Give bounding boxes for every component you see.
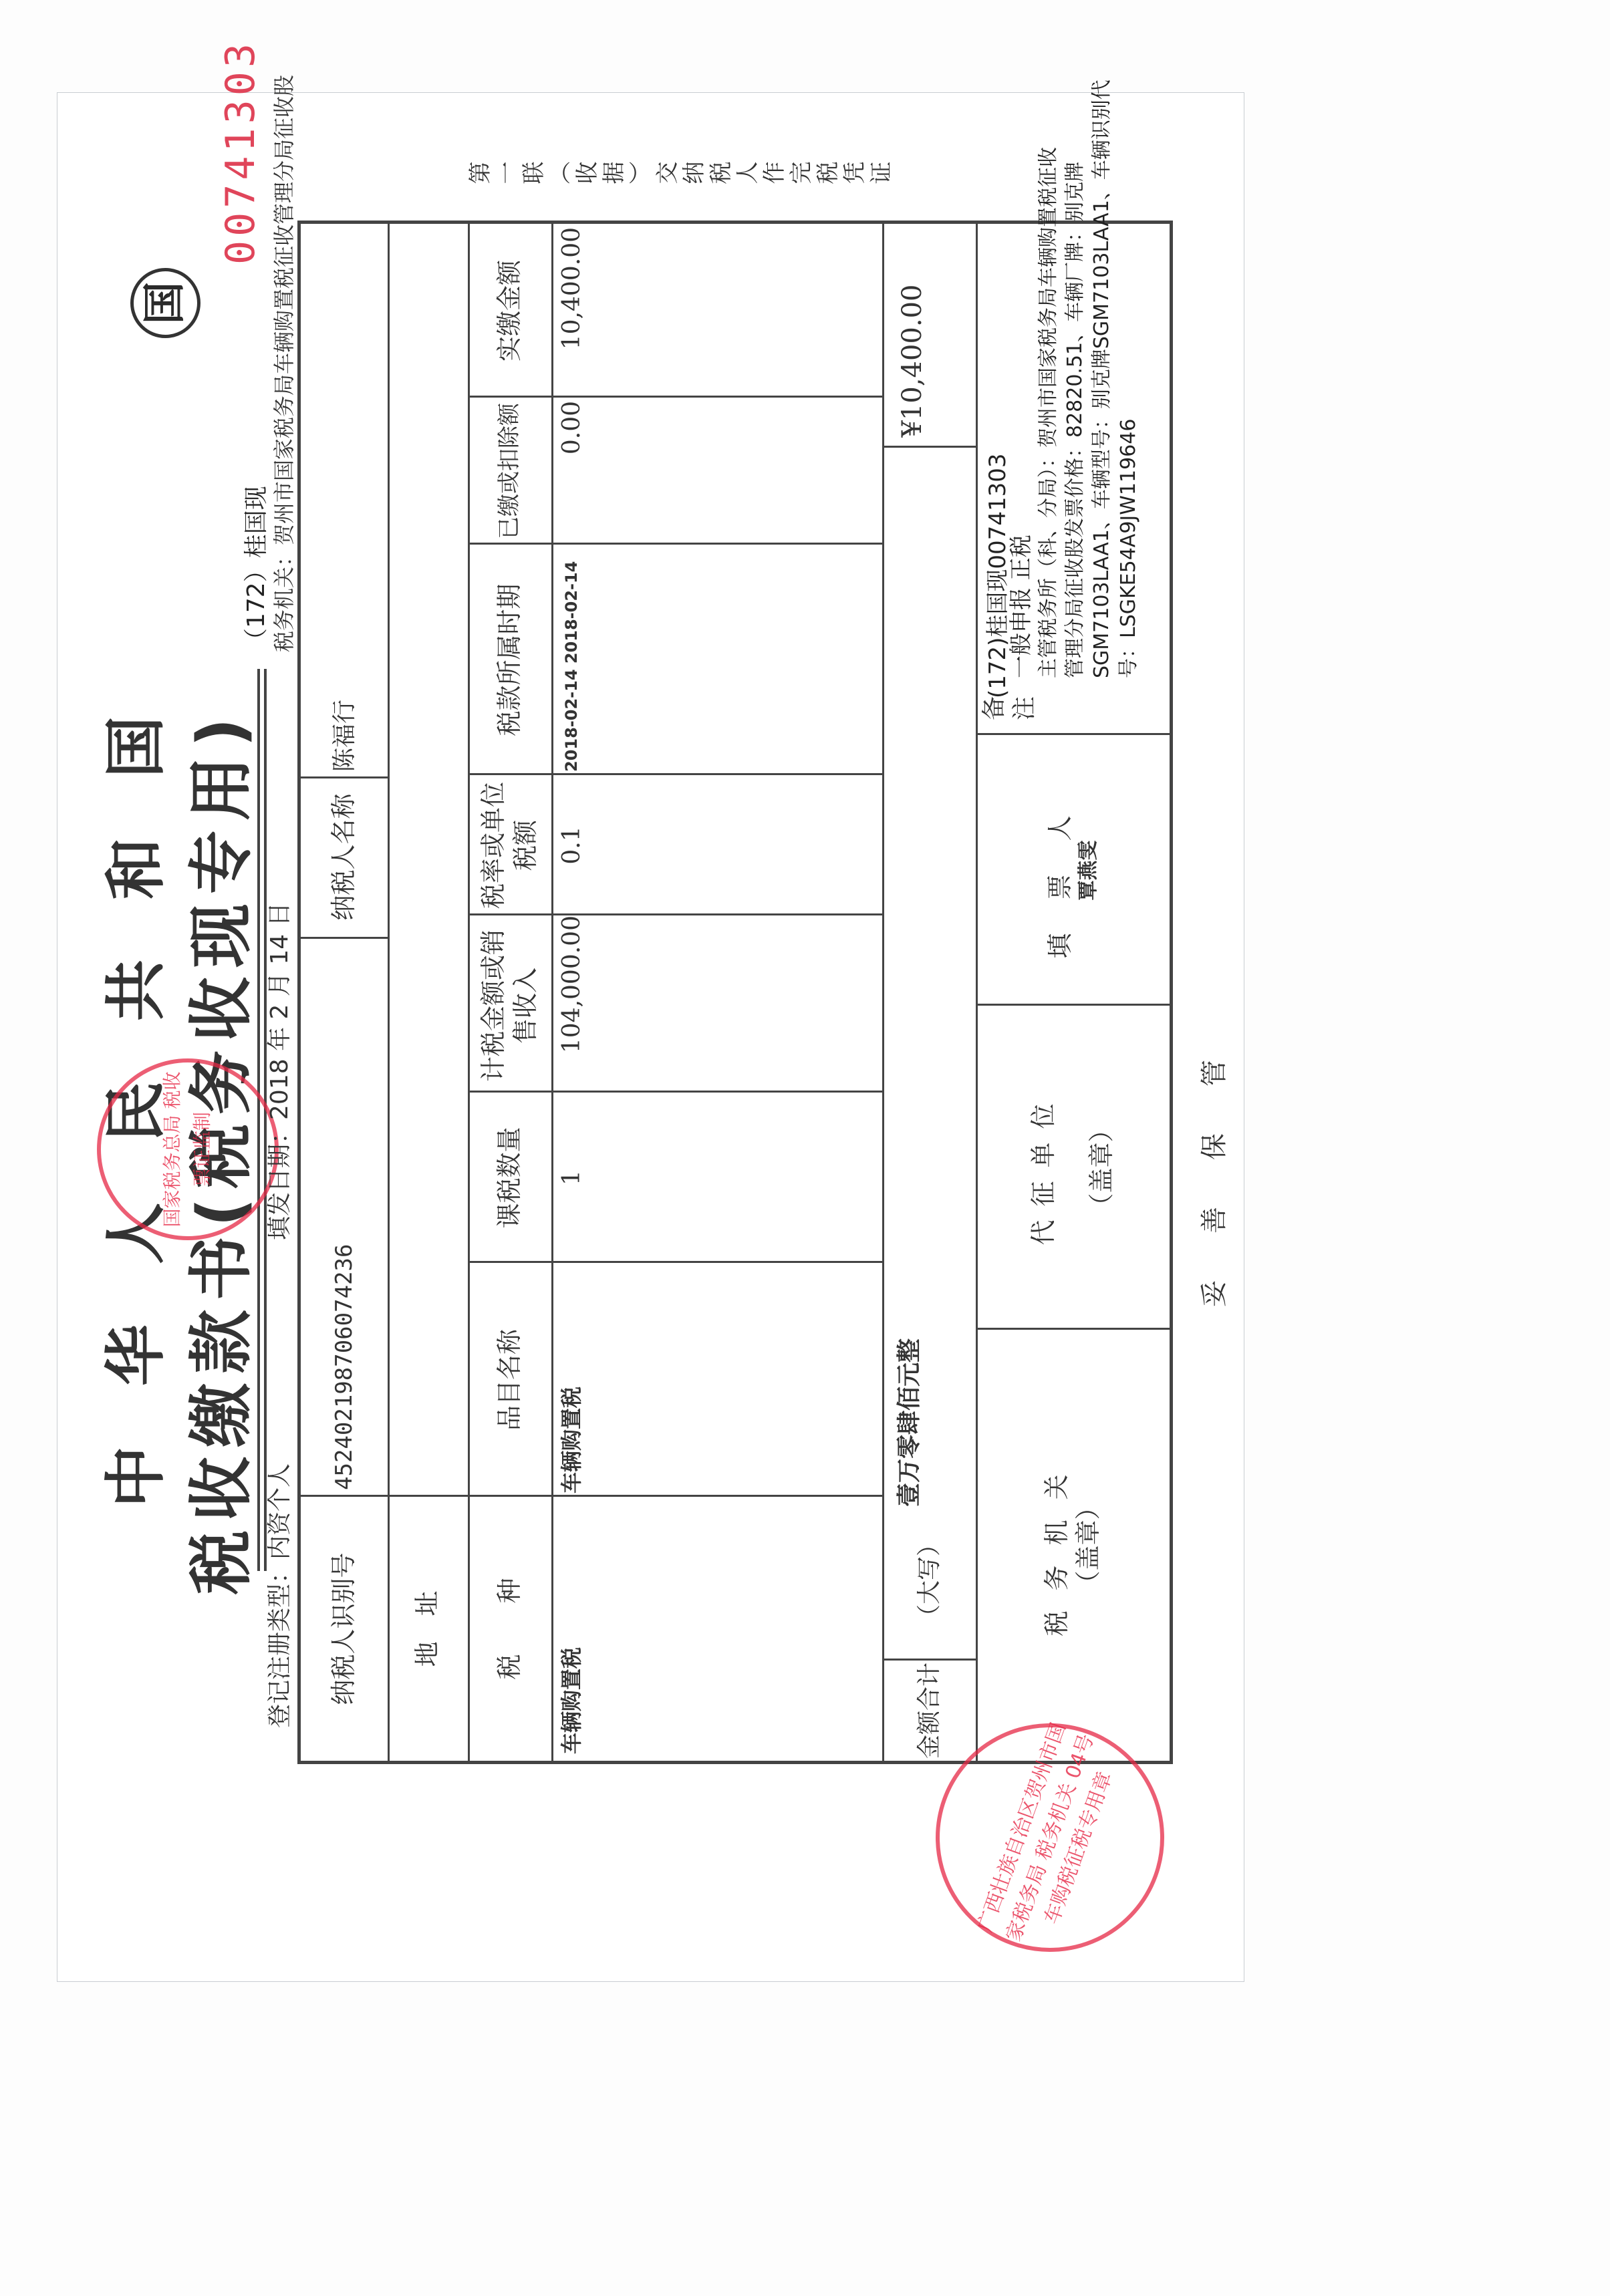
supervision-stamp: 国家税务总局 税收票证监制 bbox=[97, 1058, 279, 1240]
tax-receipt-sheet: 中华人民共和国 税收缴款书(税务收现专用) 国 （172）桂国现 0074130… bbox=[0, 0, 1610, 2296]
header-item-name: 品目名称 bbox=[468, 1263, 551, 1497]
header-actual-paid: 实缴金额 bbox=[468, 224, 551, 398]
tax-office-label: 税务机关： bbox=[271, 545, 297, 652]
tax-authority-seal-box: 税务机关 （盖章） bbox=[976, 1330, 1170, 1761]
fill-date: 填发日期：2018 年 2 月 14 日 bbox=[261, 902, 295, 1240]
header-tax-rate: 税率或单位税额 bbox=[468, 778, 551, 912]
total-label: 金额合计 bbox=[882, 1661, 976, 1761]
row-quantity: 1 bbox=[555, 1093, 588, 1263]
taxpayer-name-value: 陈福行 bbox=[301, 505, 388, 772]
taxpayer-id-value: 452402198706074236 bbox=[301, 942, 388, 1490]
col-divider bbox=[301, 937, 388, 939]
copy-note: 第一联（收据）交纳税人作完税凭证 bbox=[468, 158, 896, 191]
header-quantity: 课税数量 bbox=[468, 1093, 551, 1263]
agent-label: 代征单位 bbox=[1028, 1091, 1060, 1246]
tax-authority-label: 税务机关 bbox=[1041, 1455, 1073, 1636]
footer-keep-safe: 妥善保管 bbox=[1193, 1013, 1231, 1307]
taxpayer-name-label: 纳税人名称 bbox=[301, 778, 388, 936]
remark-line: 号：LSGKE54A9JW119646 bbox=[1109, 419, 1148, 678]
header-taxable-amount: 计税金额或销售收入 bbox=[468, 922, 551, 1089]
header-tax-period: 税款所属时期 bbox=[468, 545, 551, 775]
filler-box: 填票人 覃燕雯 bbox=[976, 735, 1170, 1006]
tax-office: 税务机关：贺州市国家税务局车辆购置税征收管理分局征收股 bbox=[267, 75, 298, 652]
reg-type-value: 内资个人 bbox=[266, 1463, 293, 1560]
filler-label: 填票人 bbox=[1045, 782, 1077, 959]
filler-name: 覃燕雯 bbox=[1076, 841, 1101, 901]
taxpayer-id-label: 纳税人识别号 bbox=[301, 1497, 388, 1761]
guo-emblem-icon: 国 bbox=[130, 268, 200, 338]
total-value: ¥10,400.00 bbox=[882, 274, 942, 448]
agent-seal-box: 代征单位 （盖章） bbox=[976, 1006, 1170, 1330]
row-tax-period: 2018-02-14 2018-02-14 bbox=[555, 545, 588, 772]
tax-office-value: 贺州市国家税务局车辆购置税征收管理分局征收股 bbox=[271, 75, 297, 545]
total-uppercase-value: 壹万零肆佰元整 bbox=[882, 1173, 936, 1507]
row-paid-deducted: 0.00 bbox=[555, 401, 588, 545]
address-label: 地 址 bbox=[388, 1497, 468, 1761]
header-tax-type: 税 种 bbox=[468, 1497, 551, 1761]
tax-office-seal-text: 广西壮族自治区贺州市国家税务局 税务机关 04号 车购税征税专用章 bbox=[970, 1719, 1130, 1957]
reg-type: 登记注册类型：内资个人 bbox=[261, 1463, 295, 1728]
row-tax-rate: 0.1 bbox=[555, 778, 588, 912]
fill-date-value: 2018 年 2 月 14 日 bbox=[266, 902, 293, 1120]
col-divider bbox=[468, 913, 882, 915]
row-taxable-amount: 104,000.00 bbox=[555, 915, 588, 1089]
row-tax-type: 车辆购置税 bbox=[555, 1500, 588, 1754]
form-code: （172）桂国现 bbox=[237, 486, 271, 652]
reg-type-label: 登记注册类型： bbox=[266, 1560, 293, 1728]
tax-authority-seal: （盖章） bbox=[1073, 1495, 1105, 1596]
row-actual-paid: 10,400.00 bbox=[555, 227, 588, 398]
fill-date-label: 填发日期： bbox=[266, 1120, 293, 1240]
row-item-name: 车辆购置税 bbox=[555, 1266, 588, 1493]
agent-seal: （盖章） bbox=[1086, 1117, 1118, 1219]
serial-number: 00741303 bbox=[217, 39, 264, 265]
total-uppercase-label: （大写） bbox=[882, 1503, 976, 1657]
tax-table: 纳税人识别号 452402198706074236 纳税人名称 陈福行 地 址 … bbox=[297, 221, 1173, 1764]
row-divider bbox=[551, 224, 553, 1761]
address-value bbox=[388, 227, 468, 1490]
supervision-stamp-text: 国家税务总局 税收票证监制 bbox=[158, 1062, 218, 1236]
header-paid-deducted: 已缴或扣除额 bbox=[468, 398, 551, 545]
